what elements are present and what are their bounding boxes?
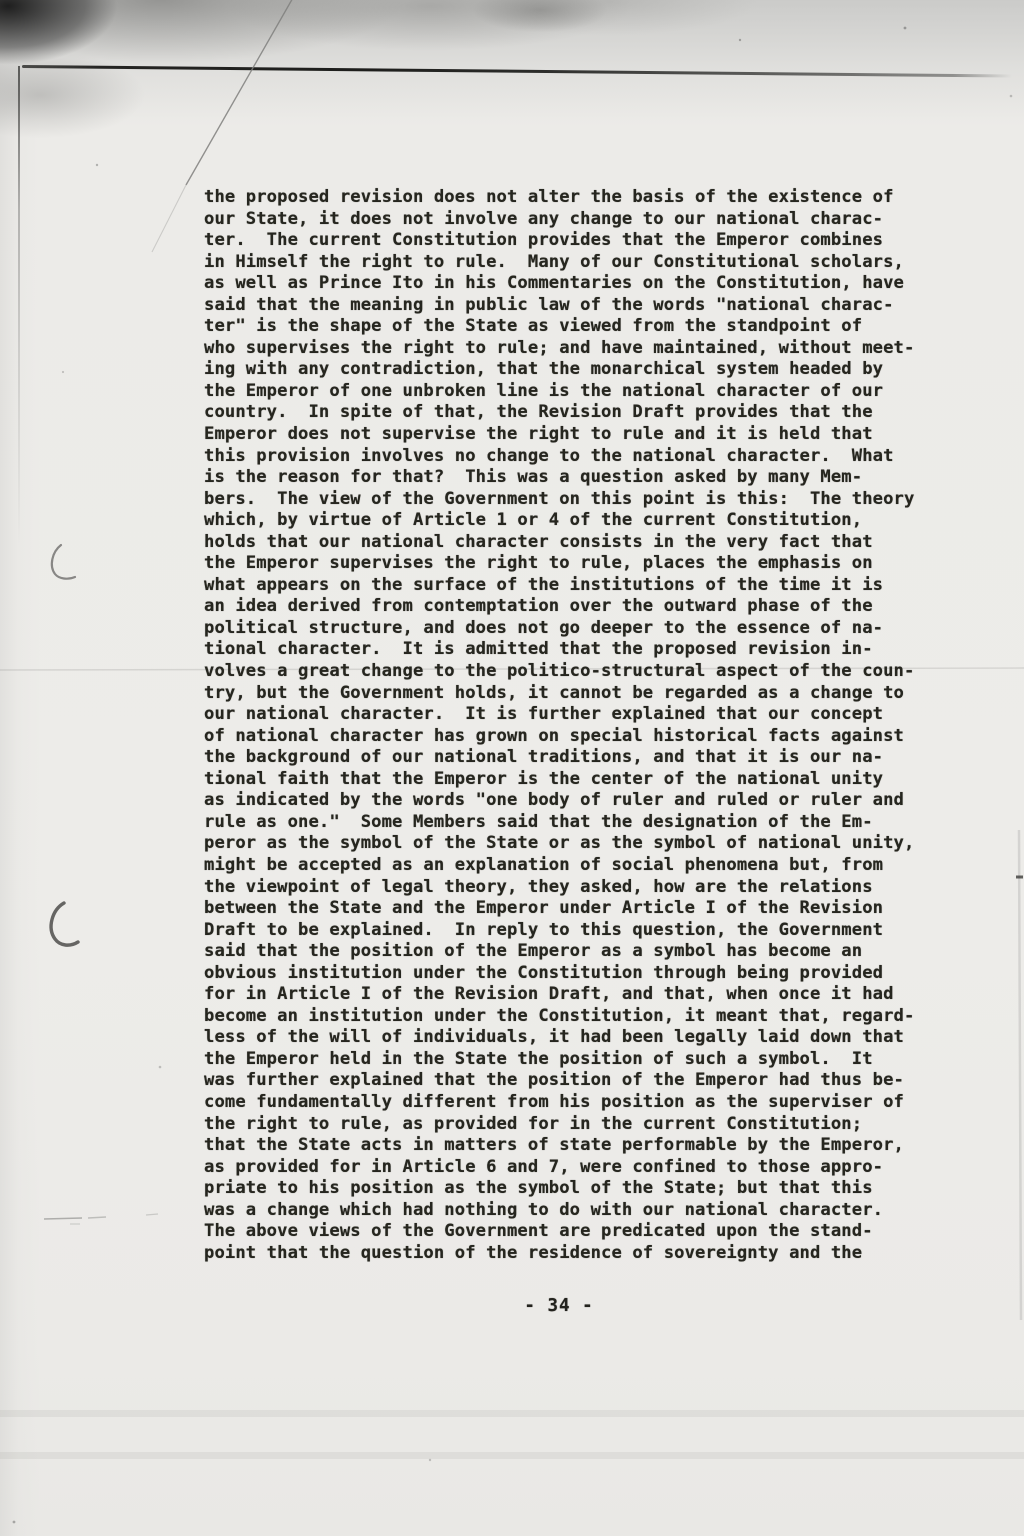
margin-dash-4 [146, 1214, 158, 1215]
text-line: that the State acts in matters of state … [204, 1135, 964, 1157]
margin-dash-2 [88, 1217, 106, 1218]
margin-dash-1 [44, 1218, 82, 1219]
scan-speck [739, 39, 741, 41]
text-line: was a change which had nothing to do wit… [204, 1200, 964, 1222]
text-line: become an institution under the Constitu… [204, 1006, 964, 1028]
text-line: the right to rule, as provided for in th… [204, 1114, 964, 1136]
text-line: political structure, and does not go dee… [204, 618, 964, 640]
scan-band-artifact [0, 1452, 1024, 1459]
text-line: ter" is the shape of the State as viewed… [204, 316, 964, 338]
text-line: peror as the symbol of the State or as t… [204, 833, 964, 855]
text-line: priate to his position as the symbol of … [204, 1178, 964, 1200]
text-line: rule as one." Some Members said that the… [204, 812, 964, 834]
text-line: of national character has grown on speci… [204, 726, 964, 748]
text-line: Emperor does not supervise the right to … [204, 424, 964, 446]
diagonal-crease-line [186, 0, 294, 185]
text-line: which, by virtue of Article 1 or 4 of th… [204, 510, 964, 532]
text-line: the Emperor held in the State the positi… [204, 1049, 964, 1071]
text-line: the viewpoint of legal theory, they aske… [204, 877, 964, 899]
text-line: as well as Prince Ito in his Commentarie… [204, 273, 964, 295]
scan-speck [62, 371, 64, 373]
right-edge-streak [1019, 830, 1021, 1320]
text-line: the Emperor supervises the right to rule… [204, 553, 964, 575]
text-line: who supervises the right to rule; and ha… [204, 338, 964, 360]
text-line: volves a great change to the politico-st… [204, 661, 964, 683]
page-number: - 34 - [204, 1296, 914, 1316]
text-line: the proposed revision does not alter the… [204, 187, 964, 209]
handwritten-paren-mark-1 [52, 545, 75, 579]
text-line: as indicated by the words "one body of r… [204, 790, 964, 812]
text-line: holds that our national character consis… [204, 532, 964, 554]
text-line: the background of our national tradition… [204, 747, 964, 769]
diagonal-crease-line-fade [152, 185, 186, 252]
text-line: try, but the Government holds, it cannot… [204, 683, 964, 705]
scan-band-artifact [0, 1410, 1024, 1417]
scan-speck [1010, 95, 1013, 98]
text-line: country. In spite of that, the Revision … [204, 402, 964, 424]
text-line: less of the will of individuals, it had … [204, 1027, 964, 1049]
scan-speck [904, 27, 907, 30]
text-line: point that the question of the residence… [204, 1243, 964, 1265]
scan-speck [13, 1521, 16, 1524]
text-line: for in Article I of the Revision Draft, … [204, 984, 964, 1006]
text-line: The above views of the Government are pr… [204, 1221, 964, 1243]
text-line: was further explained that the position … [204, 1070, 964, 1092]
text-line: this provision involves no change to the… [204, 446, 964, 468]
handwritten-paren-mark-2 [51, 903, 78, 945]
body-text: the proposed revision does not alter the… [204, 187, 964, 1264]
text-line: as provided for in Article 6 and 7, were… [204, 1157, 964, 1179]
scan-speck [96, 164, 98, 166]
text-line: tional faith that the Emperor is the cen… [204, 769, 964, 791]
text-line: what appears on the surface of the insti… [204, 575, 964, 597]
text-line: come fundamentally different from his po… [204, 1092, 964, 1114]
text-line: bers. The view of the Government on this… [204, 489, 964, 511]
text-line: ter. The current Constitution provides t… [204, 230, 964, 252]
scan-speck [429, 1459, 431, 1461]
text-line: in Himself the right to rule. Many of ou… [204, 252, 964, 274]
text-line: said that the meaning in public law of t… [204, 295, 964, 317]
text-line: our State, it does not involve any chang… [204, 209, 964, 231]
text-line: is the reason for that? This was a quest… [204, 467, 964, 489]
text-line: ing with any contradiction, that the mon… [204, 359, 964, 381]
scan-speck [159, 1066, 162, 1069]
text-line: our national character. It is further ex… [204, 704, 964, 726]
text-line: obvious institution under the Constituti… [204, 963, 964, 985]
text-line: tional character. It is admitted that th… [204, 639, 964, 661]
text-line: Draft to be explained. In reply to this … [204, 920, 964, 942]
text-line: between the State and the Emperor under … [204, 898, 964, 920]
text-line: might be accepted as an explanation of s… [204, 855, 964, 877]
text-line: an idea derived from contemptation over … [204, 596, 964, 618]
text-line: said that the position of the Emperor as… [204, 941, 964, 963]
document-page: the proposed revision does not alter the… [0, 0, 1024, 1536]
text-line: the Emperor of one unbroken line is the … [204, 381, 964, 403]
